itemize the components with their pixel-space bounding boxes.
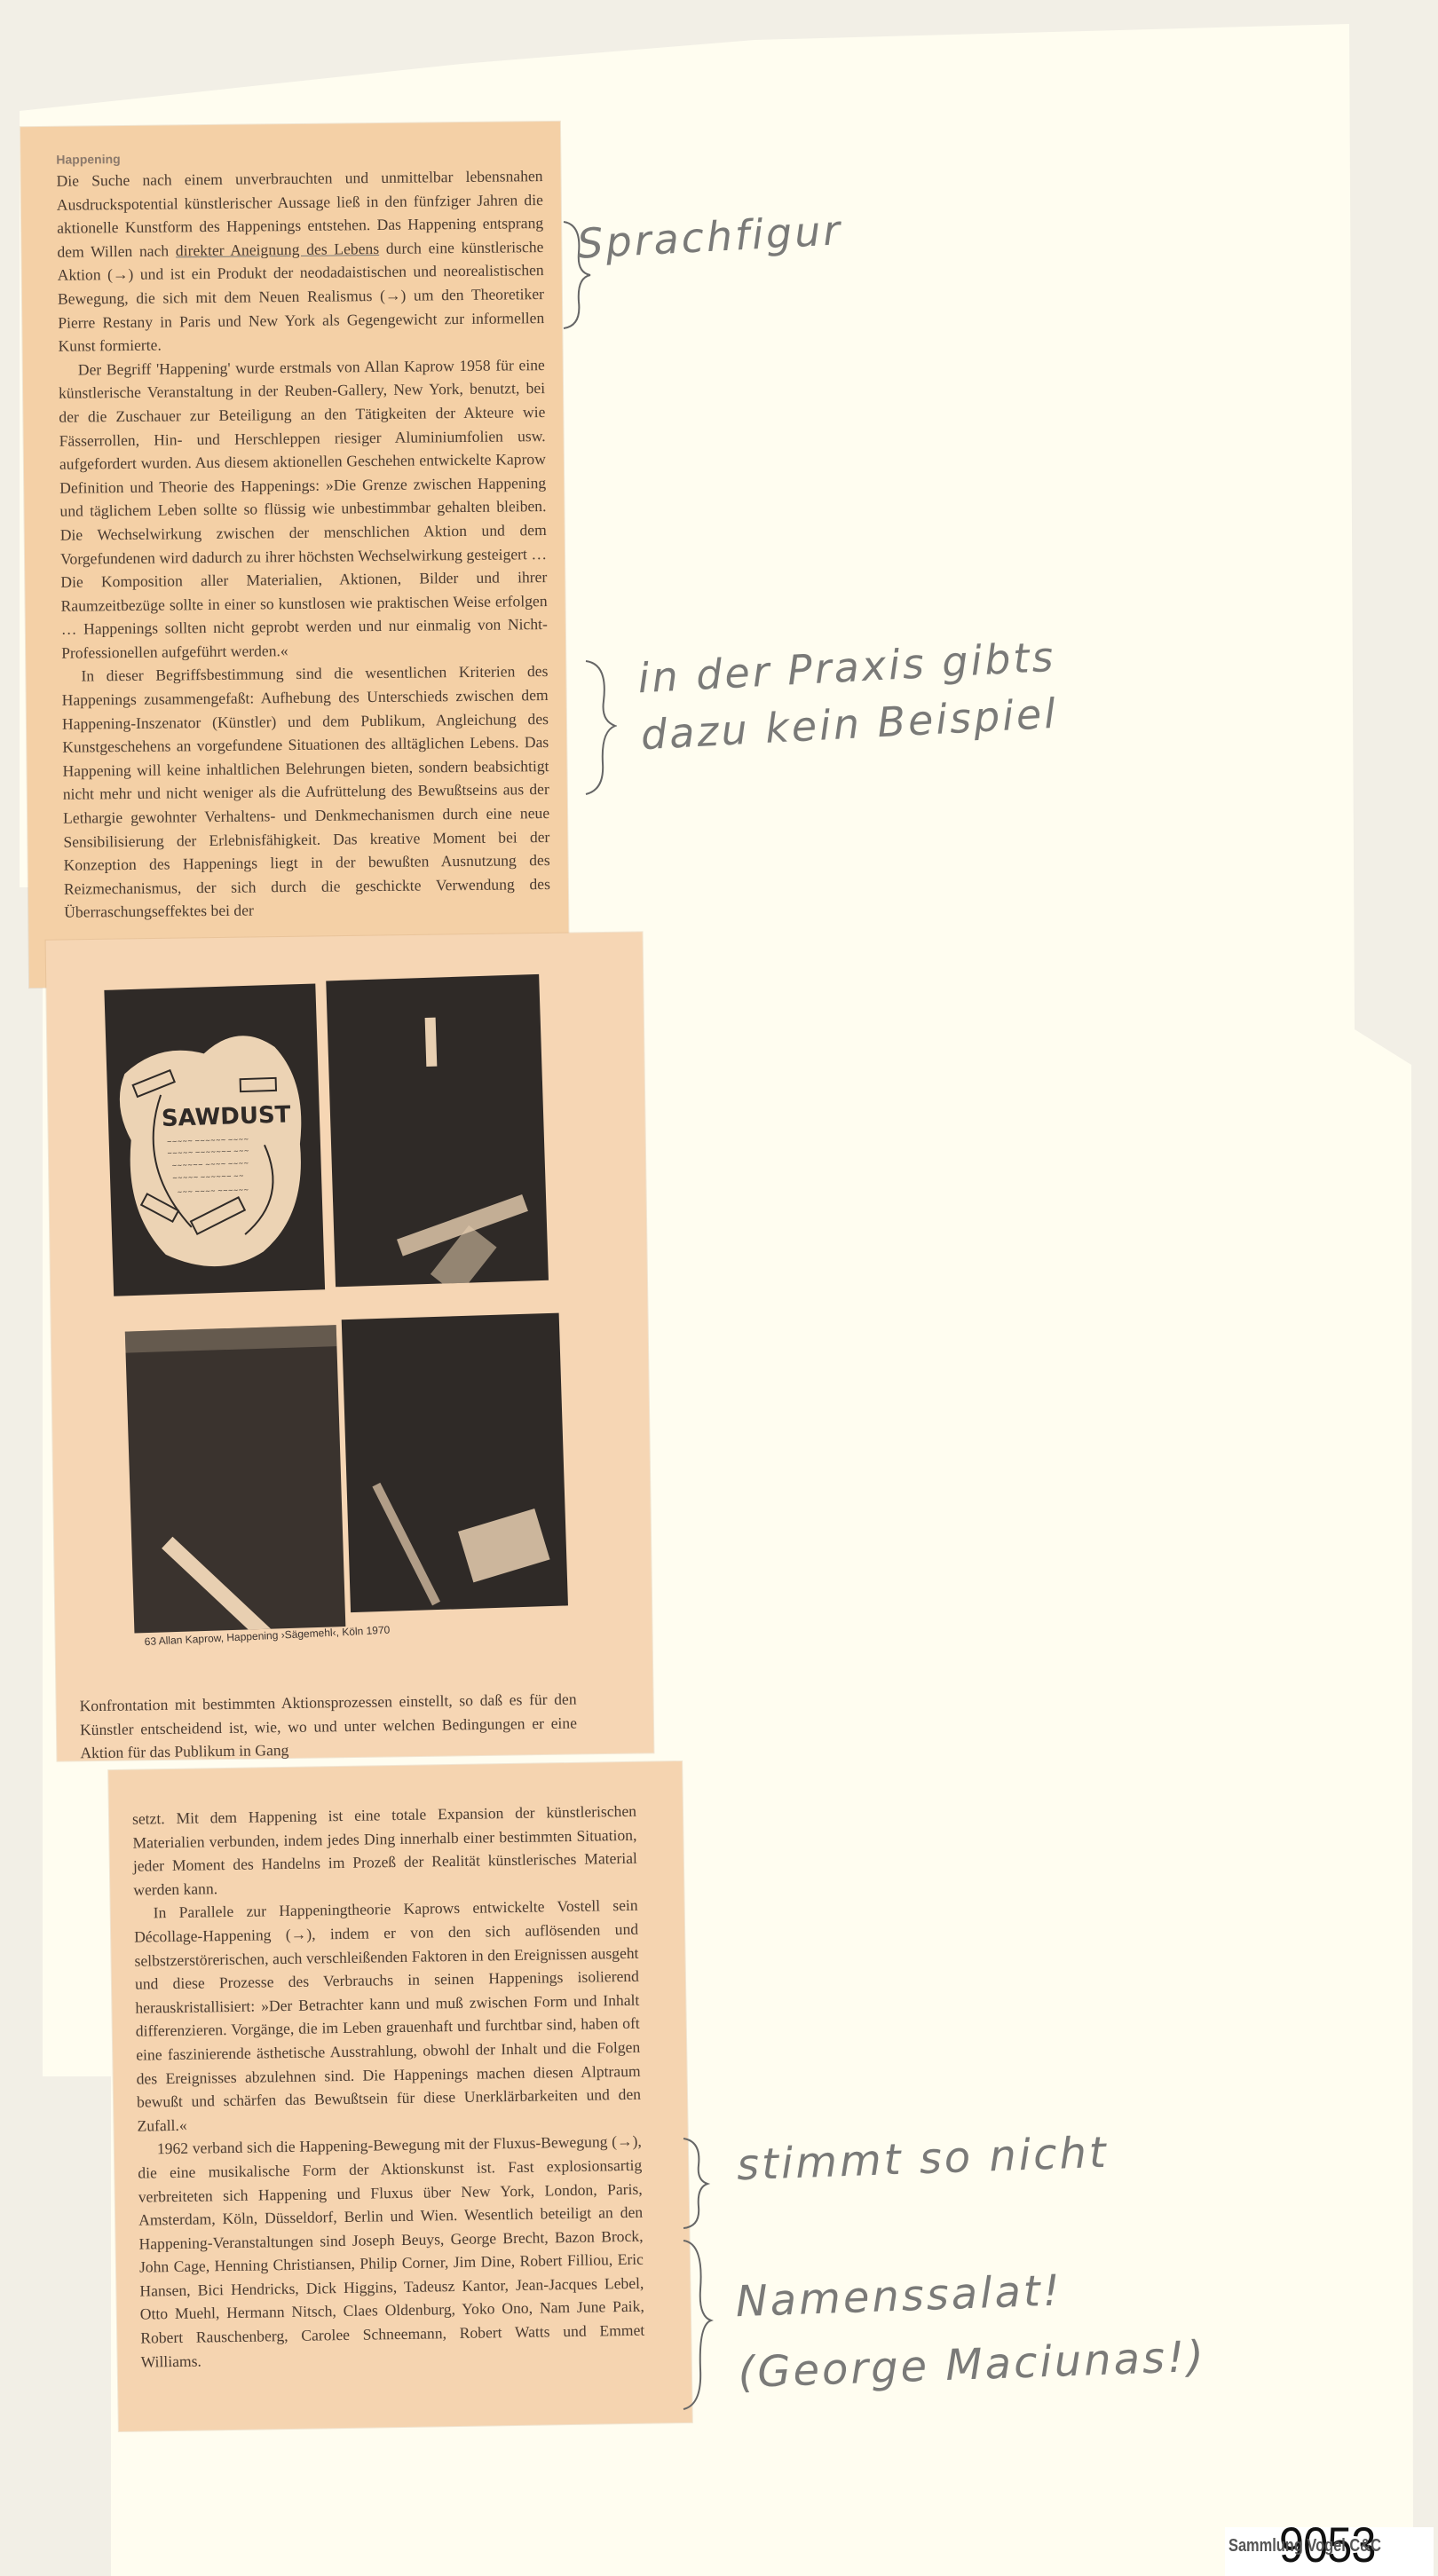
clipping-1-text: Happening Die Suche nach einem unverbrau… — [56, 146, 550, 925]
photo-wheelbarrow — [342, 1313, 568, 1613]
clipping-3-text: setzt. Mit dem Happening ist eine totale… — [132, 1800, 645, 2374]
paragraph-4: setzt. Mit dem Happening ist eine totale… — [132, 1800, 638, 1902]
clipping-3: setzt. Mit dem Happening ist eine totale… — [108, 1761, 692, 2431]
clipping-2: SAWDUST ~~~~~ ~~~~~~ ~~~~ ~~~~~ ~~~~~~~ … — [46, 932, 654, 1761]
clipping-1: Happening Die Suche nach einem unverbrau… — [20, 122, 569, 988]
photo-plank — [326, 974, 549, 1287]
photo-beam — [125, 1325, 346, 1633]
collection-label: Sammlung Vogel C&C — [1229, 2536, 1381, 2556]
underlined-phrase: direkter Aneignung des Lebens — [176, 240, 379, 259]
annotation-namenssalat: Namenssalat! (George Maciunas!) — [734, 2250, 1207, 2408]
brace-4-icon — [679, 2236, 715, 2414]
photo-sawdust-diagram: SAWDUST ~~~~~ ~~~~~~ ~~~~ ~~~~~ ~~~~~~~ … — [104, 983, 325, 1296]
paragraph-3: In dieser Begriffsbestimmung sind die we… — [61, 659, 550, 924]
brace-3-icon — [679, 2134, 715, 2232]
paragraph-1: Die Suche nach einem unverbrauchten und … — [56, 164, 544, 358]
sawdust-diagram-icon: SAWDUST ~~~~~ ~~~~~~ ~~~~ ~~~~~ ~~~~~~~ … — [104, 983, 325, 1296]
paragraph-2: Der Begriff 'Happening' wurde erstmals v… — [59, 353, 549, 665]
paragraph-6: 1962 verband sich die Happening-Bewegung… — [138, 2130, 645, 2374]
clipping-2-continuation: Konfrontation mit bestimmten Aktionsproz… — [79, 1687, 577, 1765]
paragraph-5: In Parallele zur Happeningtheorie Kaprow… — [134, 1894, 642, 2138]
annotation-praxis: in der Praxis gibts dazu kein Beispiel — [636, 628, 1060, 763]
svg-text:SAWDUST: SAWDUST — [161, 1101, 291, 1132]
brace-2-icon — [581, 657, 617, 799]
